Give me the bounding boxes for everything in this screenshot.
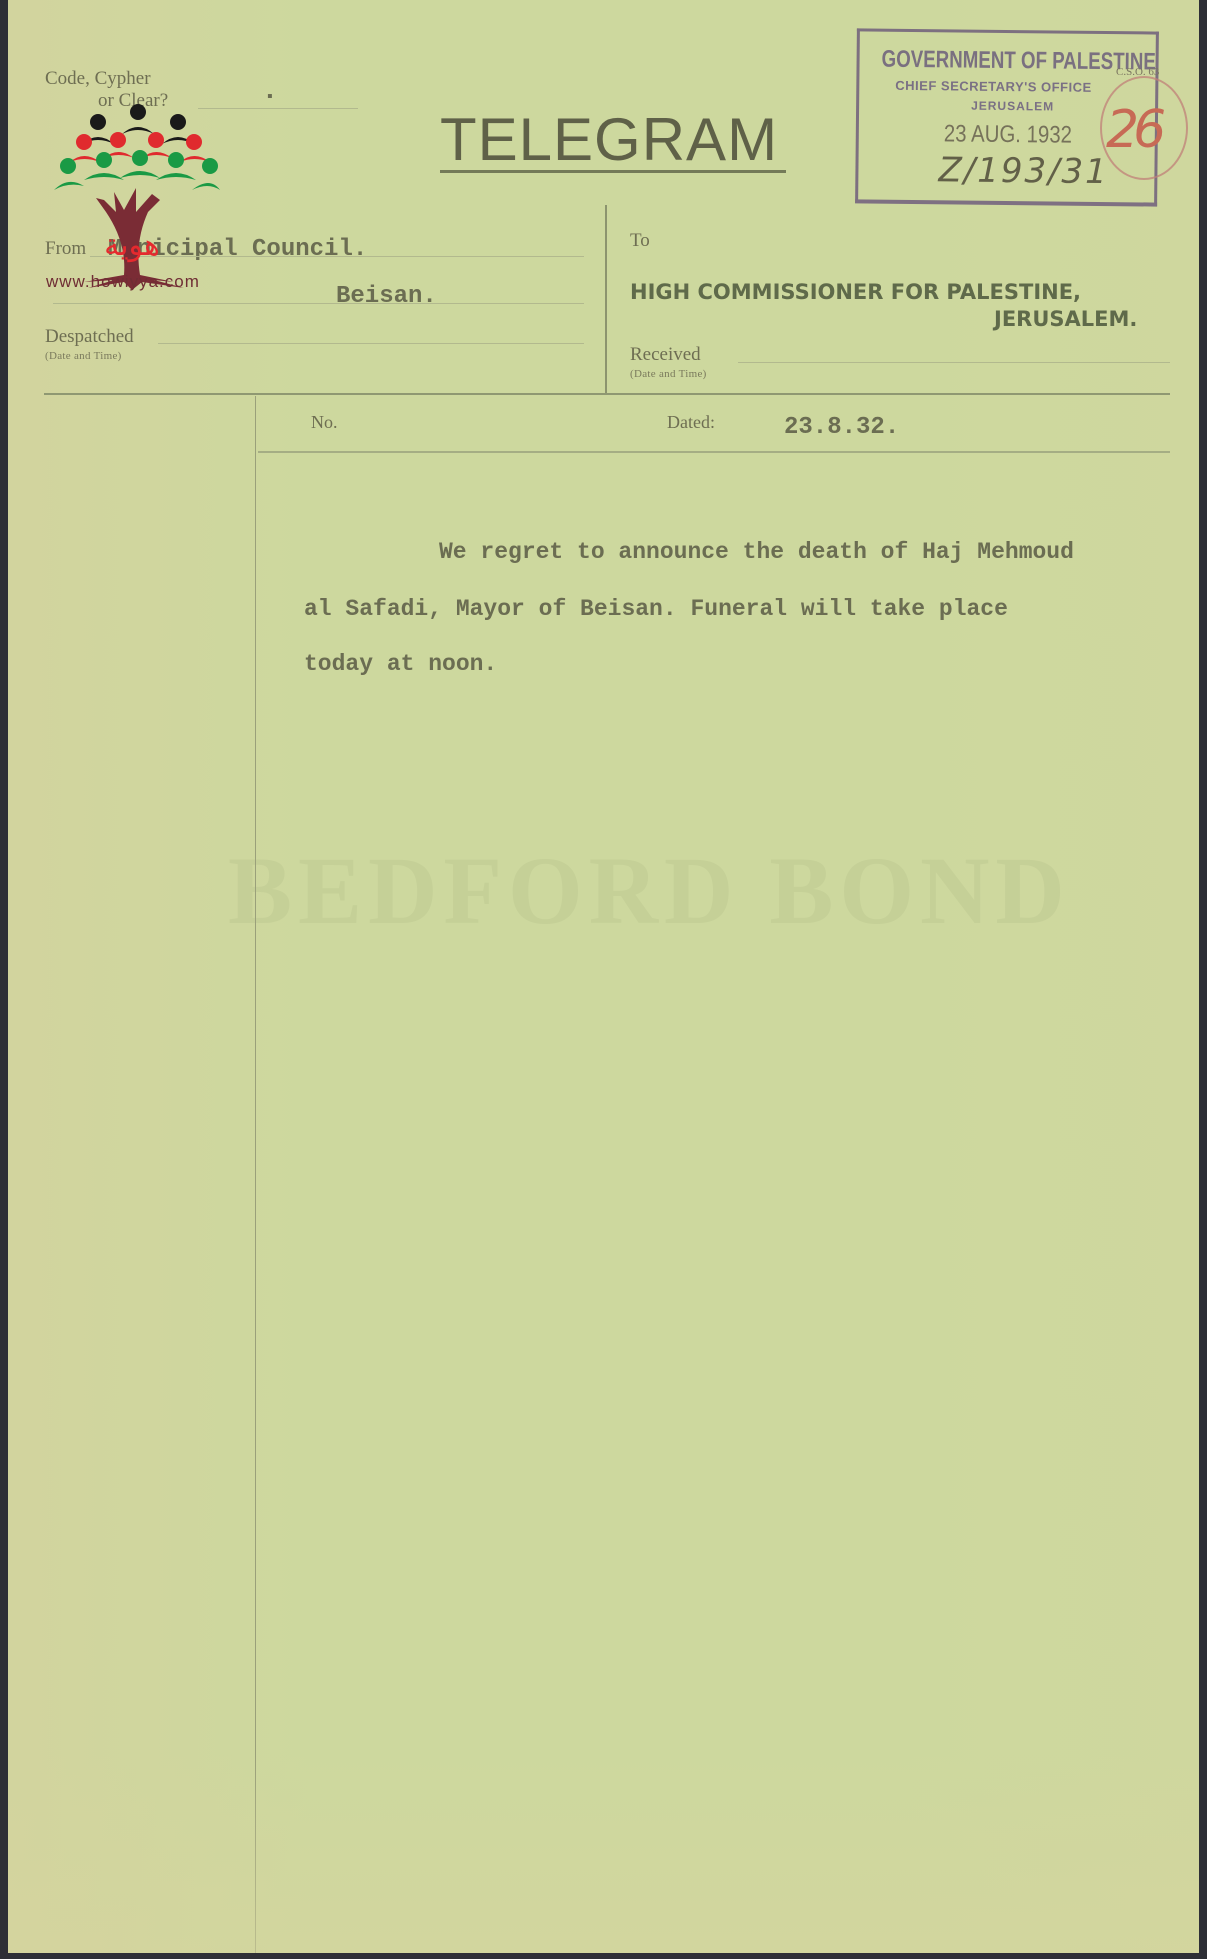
page-title: TELEGRAM xyxy=(440,110,778,170)
title-underline xyxy=(440,170,786,173)
telegram-form: BEDFORD BOND Code, Cypher or Clear? ▪ TE… xyxy=(8,0,1199,1953)
received-label: Received xyxy=(630,344,701,366)
message-line-1: We regret to announce the death of Haj M… xyxy=(439,524,1074,580)
howiyya-tree-logo-icon: هوية xyxy=(44,100,220,290)
no-label: No. xyxy=(311,412,338,433)
despatched-label: Despatched xyxy=(45,326,134,348)
svg-text:هوية: هوية xyxy=(104,228,160,263)
to-city: JERUSALEM. xyxy=(994,307,1137,331)
header-divider xyxy=(605,205,607,393)
site-url[interactable]: www.howiyya.com xyxy=(46,272,200,292)
header-bottom-rule xyxy=(44,393,1170,395)
despatched-rule xyxy=(158,343,584,344)
to-label: To xyxy=(630,230,650,252)
folio-number: 26 xyxy=(1106,100,1160,160)
received-sublabel: (Date and Time) xyxy=(630,368,707,380)
stamp-city: JERUSALEM xyxy=(971,99,1054,114)
to-recipient: HIGH COMMISSIONER FOR PALESTINE, xyxy=(630,280,1081,304)
received-rule xyxy=(738,362,1170,363)
dated-label: Dated: xyxy=(667,412,715,433)
from-place: Beisan. xyxy=(336,283,437,310)
from-rule-2 xyxy=(53,303,584,304)
stamp-date: 23 AUG. 1932 xyxy=(944,120,1072,149)
margin-line xyxy=(255,396,256,1953)
code-label-line1: Code, Cypher xyxy=(45,68,151,90)
paper-watermark: BEDFORD BOND xyxy=(228,835,1071,946)
code-rule xyxy=(198,108,358,109)
code-value: ▪ xyxy=(265,88,275,106)
dated-value: 23.8.32. xyxy=(784,414,899,441)
stamp-government: GOVERNMENT OF PALESTINE xyxy=(881,46,1156,77)
meta-row-rule xyxy=(258,451,1170,453)
stamp-reference: Z/193/31 xyxy=(938,150,1109,192)
stamp-office: CHIEF SECRETARY'S OFFICE xyxy=(895,78,1092,95)
despatched-sublabel: (Date and Time) xyxy=(45,350,122,362)
message-line-3: today at noon. xyxy=(304,636,497,692)
message-line-2: al Safadi, Mayor of Beisan. Funeral will… xyxy=(304,581,1008,637)
